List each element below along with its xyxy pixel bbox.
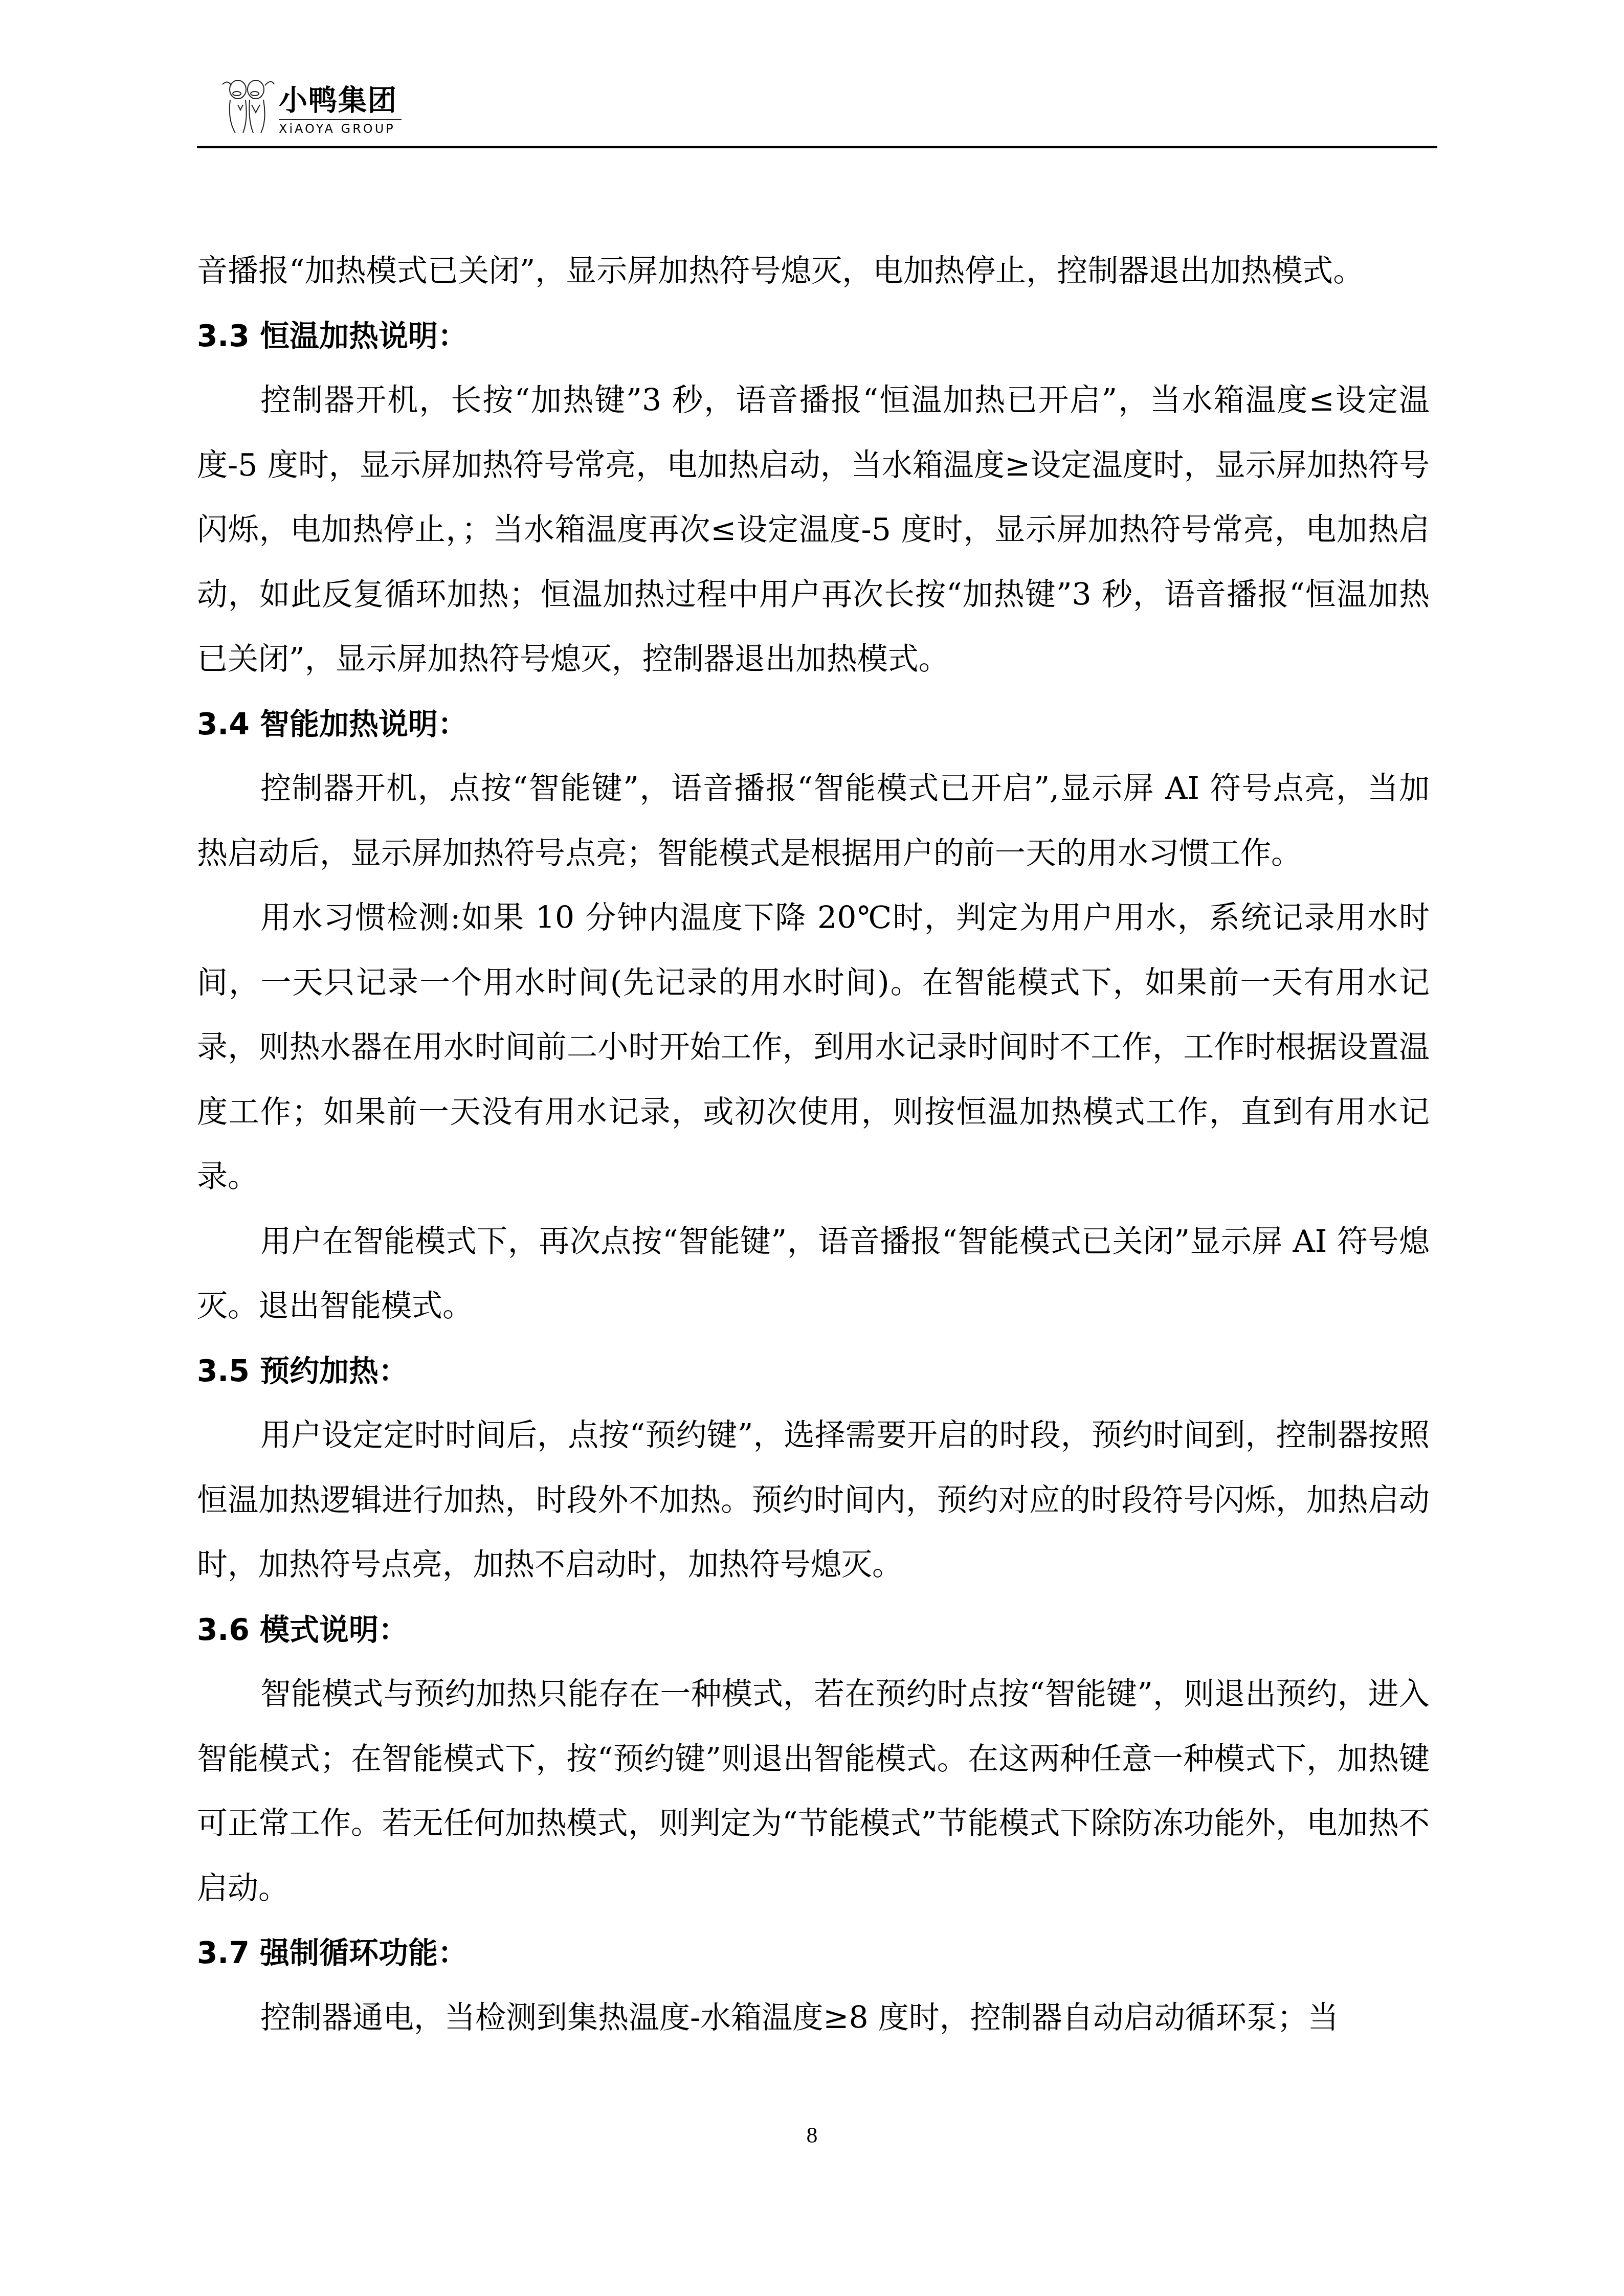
section-3-7-paragraph: 控制器通电，当检测到集热温度-水箱温度≥8 度时，控制器自动启动循环泵；当 bbox=[197, 1986, 1430, 2051]
section-3-5-paragraph: 用户设定定时时间后，点按“预约键”，选择需要开启的时段，预约时间到，控制器按照恒… bbox=[197, 1403, 1430, 1597]
document-body: 音播报“加热模式已关闭”，显示屏加热符号熄灭，电加热停止，控制器退出加热模式。 … bbox=[197, 239, 1430, 2050]
company-logo: 小鸭集团 XiAOYA GROUP bbox=[220, 74, 404, 136]
section-3-4-paragraph-3: 用户在智能模式下，再次点按“智能键”，语音播报“智能模式已关闭”显示屏 AI 符… bbox=[197, 1209, 1430, 1339]
section-heading-3-7: 3.7 强制循环功能： bbox=[197, 1921, 1430, 1986]
page-number: 8 bbox=[0, 2122, 1624, 2148]
logo-chinese-name: 小鸭集团 bbox=[279, 85, 397, 116]
section-heading-3-4: 3.4 智能加热说明： bbox=[197, 692, 1430, 757]
section-3-6-paragraph: 智能模式与预约加热只能存在一种模式，若在预约时点按“智能键”，则退出预约，进入智… bbox=[197, 1662, 1430, 1921]
section-heading-3-3: 3.3 恒温加热说明： bbox=[197, 304, 1430, 369]
logo-english-name: XiAOYA GROUP bbox=[279, 122, 395, 136]
section-3-3-paragraph: 控制器开机，长按“加热键”3 秒，语音播报“恒温加热已开启”，当水箱温度≤设定温… bbox=[197, 368, 1430, 692]
section-heading-3-6: 3.6 模式说明： bbox=[197, 1597, 1430, 1662]
logo-divider bbox=[279, 119, 402, 120]
continuation-paragraph: 音播报“加热模式已关闭”，显示屏加热符号熄灭，电加热停止，控制器退出加热模式。 bbox=[197, 239, 1430, 304]
section-3-4-paragraph-2: 用水习惯检测:如果 10 分钟内温度下降 20℃时，判定为用户用水，系统记录用水… bbox=[197, 886, 1430, 1209]
duck-mascot-icon bbox=[220, 74, 276, 136]
section-3-4-paragraph-1: 控制器开机，点按“智能键”，语音播报“智能模式已开启”,显示屏 AI 符号点亮，… bbox=[197, 756, 1430, 886]
header-rule bbox=[197, 146, 1437, 148]
section-heading-3-5: 3.5 预约加热： bbox=[197, 1339, 1430, 1404]
page-header: 小鸭集团 XiAOYA GROUP bbox=[197, 72, 1437, 148]
